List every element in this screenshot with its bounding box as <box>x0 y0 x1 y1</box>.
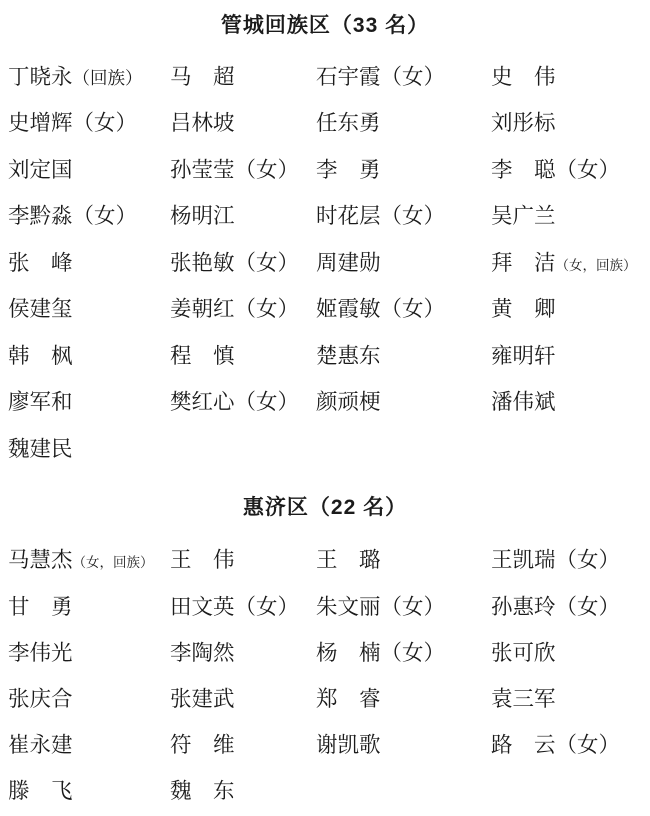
name-entry: 颜顽梗 <box>316 392 491 414</box>
name-entry: 魏建民 <box>8 439 170 461</box>
gender-ethnicity-note: （女） <box>556 160 621 182</box>
person-name: 姜朝红 <box>170 299 235 321</box>
person-name: 廖军和 <box>8 392 73 414</box>
name-entry: 李伟光 <box>8 643 170 665</box>
name-entry: 郑 睿 <box>316 689 491 711</box>
name-entry: 石宇霞（女） <box>316 67 491 89</box>
name-entry: 拜 洁（女，回族） <box>491 253 646 275</box>
person-name: 杨 楠 <box>316 643 381 665</box>
gender-ethnicity-note: （女） <box>556 597 621 619</box>
person-name: 李伟光 <box>8 643 73 665</box>
person-name: 石宇霞 <box>316 67 381 89</box>
person-name: 张建武 <box>170 689 235 711</box>
person-name: 张庆合 <box>8 689 73 711</box>
person-name: 张艳敏 <box>170 253 235 275</box>
person-name: 颜顽梗 <box>316 392 381 414</box>
person-name: 路 云 <box>491 735 556 757</box>
name-entry: 姜朝红（女） <box>170 299 316 321</box>
name-entry: 张艳敏（女） <box>170 253 316 275</box>
person-name: 刘定国 <box>8 160 73 182</box>
name-entry: 周建勋 <box>316 253 491 275</box>
name-entry: 李 聪（女） <box>491 160 646 182</box>
name-entry: 魏 东 <box>170 781 316 803</box>
gender-ethnicity-note: （女） <box>235 597 300 619</box>
gender-ethnicity-note: （女） <box>381 67 446 89</box>
name-entry: 李 勇 <box>316 160 491 182</box>
person-name: 吕林坡 <box>170 113 235 135</box>
name-entry: 杨明江 <box>170 206 316 228</box>
person-name: 崔永建 <box>8 735 73 757</box>
gender-ethnicity-note: （女） <box>381 597 446 619</box>
person-name: 刘彤标 <box>491 113 556 135</box>
gender-ethnicity-note: （女） <box>73 206 138 228</box>
name-entry: 刘彤标 <box>491 113 646 135</box>
person-name: 雍明轩 <box>491 346 556 368</box>
name-entry: 杨 楠（女） <box>316 643 491 665</box>
name-entry: 丁晓永（回族） <box>8 67 170 89</box>
name-entry: 李陶然 <box>170 643 316 665</box>
name-entry: 史增辉（女） <box>8 113 170 135</box>
person-name: 时花层 <box>316 206 381 228</box>
person-name: 马 超 <box>170 67 235 89</box>
gender-ethnicity-note: （女，回族） <box>556 259 637 273</box>
name-entry: 符 维 <box>170 735 316 757</box>
name-entry: 张可欣 <box>491 643 646 665</box>
person-name: 李陶然 <box>170 643 235 665</box>
person-name: 张 峰 <box>8 253 73 275</box>
person-name: 李 聪 <box>491 160 556 182</box>
name-entry: 马慧杰（女，回族） <box>8 550 170 572</box>
name-entry: 孙惠玲（女） <box>491 597 646 619</box>
name-entry: 王 璐 <box>316 550 491 572</box>
gender-ethnicity-note: （女） <box>235 392 300 414</box>
person-name: 李 勇 <box>316 160 381 182</box>
name-entry: 吕林坡 <box>170 113 316 135</box>
name-entry: 王凯瑞（女） <box>491 550 646 572</box>
gender-ethnicity-note: （女） <box>381 206 446 228</box>
name-entry: 张建武 <box>170 689 316 711</box>
person-name: 潘伟斌 <box>491 392 556 414</box>
person-name: 楚惠东 <box>316 346 381 368</box>
person-name: 马慧杰 <box>8 550 73 572</box>
person-name: 史 伟 <box>491 67 556 89</box>
name-entry: 崔永建 <box>8 735 170 757</box>
person-name: 吴广兰 <box>491 206 556 228</box>
name-entry: 朱文丽（女） <box>316 597 491 619</box>
name-entry: 谢凯歌 <box>316 735 491 757</box>
name-entry: 孙莹莹（女） <box>170 160 316 182</box>
gender-ethnicity-note: （女） <box>73 113 138 135</box>
person-name: 王凯瑞 <box>491 550 556 572</box>
gender-ethnicity-note: （女） <box>381 643 446 665</box>
person-name: 韩 枫 <box>8 346 73 368</box>
person-name: 孙惠玲 <box>491 597 556 619</box>
name-entry: 侯建玺 <box>8 299 170 321</box>
person-name: 姬霞敏 <box>316 299 381 321</box>
person-name: 甘 勇 <box>8 597 73 619</box>
person-name: 任东勇 <box>316 113 381 135</box>
person-name: 黄 卿 <box>491 299 556 321</box>
name-entry: 史 伟 <box>491 67 646 89</box>
person-name: 郑 睿 <box>316 689 381 711</box>
name-entry: 路 云（女） <box>491 735 646 757</box>
person-name: 谢凯歌 <box>316 735 381 757</box>
person-name: 樊红心 <box>170 392 235 414</box>
name-entry: 李黔淼（女） <box>8 206 170 228</box>
gender-ethnicity-note: （女） <box>556 735 621 757</box>
gender-ethnicity-note: （女） <box>235 299 300 321</box>
name-entry: 姬霞敏（女） <box>316 299 491 321</box>
section-title-guancheng: 管城回族区（33 名） <box>0 12 650 40</box>
name-entry: 张 峰 <box>8 253 170 275</box>
name-entry: 韩 枫 <box>8 346 170 368</box>
person-name: 丁晓永 <box>8 67 73 89</box>
section-name-list-guancheng: 丁晓永（回族）马 超石宇霞（女）史 伟史增辉（女）吕林坡任东勇刘彤标刘定国孙莹莹… <box>8 54 646 473</box>
name-entry: 袁三军 <box>491 689 646 711</box>
person-name: 田文英 <box>170 597 235 619</box>
name-entry: 王 伟 <box>170 550 316 572</box>
name-entry: 廖军和 <box>8 392 170 414</box>
document-page: 管城回族区（33 名） 丁晓永（回族）马 超石宇霞（女）史 伟史增辉（女）吕林坡… <box>0 0 650 816</box>
person-name: 李黔淼 <box>8 206 73 228</box>
person-name: 魏 东 <box>170 781 235 803</box>
person-name: 程 慎 <box>170 346 235 368</box>
person-name: 拜 洁 <box>491 253 556 275</box>
name-entry: 马 超 <box>170 67 316 89</box>
name-entry: 任东勇 <box>316 113 491 135</box>
gender-ethnicity-note: （回族） <box>73 70 143 88</box>
person-name: 史增辉 <box>8 113 73 135</box>
name-entry: 张庆合 <box>8 689 170 711</box>
section-title-huiji: 惠济区（22 名） <box>0 494 650 522</box>
name-entry: 时花层（女） <box>316 206 491 228</box>
section-name-list-huiji: 马慧杰（女，回族）王 伟王 璐王凯瑞（女）甘 勇田文英（女）朱文丽（女）孙惠玲（… <box>8 538 646 815</box>
gender-ethnicity-note: （女） <box>381 299 446 321</box>
name-entry: 滕 飞 <box>8 781 170 803</box>
name-entry: 吴广兰 <box>491 206 646 228</box>
person-name: 朱文丽 <box>316 597 381 619</box>
gender-ethnicity-note: （女） <box>235 160 300 182</box>
gender-ethnicity-note: （女，回族） <box>73 556 154 570</box>
name-entry: 刘定国 <box>8 160 170 182</box>
person-name: 袁三军 <box>491 689 556 711</box>
name-entry: 田文英（女） <box>170 597 316 619</box>
person-name: 孙莹莹 <box>170 160 235 182</box>
name-entry: 程 慎 <box>170 346 316 368</box>
name-entry: 樊红心（女） <box>170 392 316 414</box>
person-name: 周建勋 <box>316 253 381 275</box>
person-name: 王 璐 <box>316 550 381 572</box>
person-name: 魏建民 <box>8 439 73 461</box>
person-name: 符 维 <box>170 735 235 757</box>
name-entry: 黄 卿 <box>491 299 646 321</box>
name-entry: 甘 勇 <box>8 597 170 619</box>
name-entry: 雍明轩 <box>491 346 646 368</box>
gender-ethnicity-note: （女） <box>556 550 621 572</box>
name-entry: 潘伟斌 <box>491 392 646 414</box>
gender-ethnicity-note: （女） <box>235 253 300 275</box>
person-name: 王 伟 <box>170 550 235 572</box>
person-name: 滕 飞 <box>8 781 73 803</box>
person-name: 杨明江 <box>170 206 235 228</box>
name-entry: 楚惠东 <box>316 346 491 368</box>
person-name: 张可欣 <box>491 643 556 665</box>
person-name: 侯建玺 <box>8 299 73 321</box>
